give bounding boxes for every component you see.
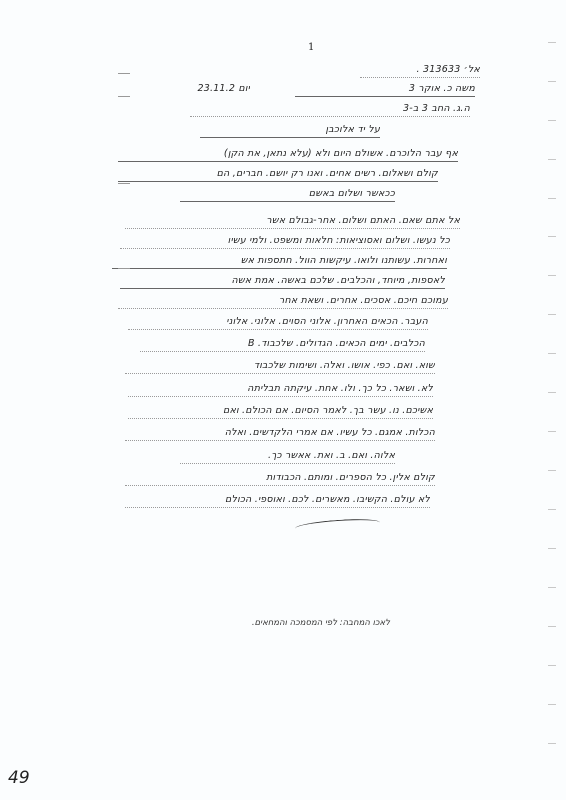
- body-line: שוא. ואם. כפי. אושו. ואלה. ושימות שלכבוד: [125, 360, 435, 374]
- header-line: משה כ. אוקר 3: [295, 83, 475, 97]
- edge-tick: [548, 236, 556, 237]
- edge-tick: [548, 704, 556, 705]
- body-line: אף עבר הלוכרם. אשולם היום ולא (עלא נתאן,…: [118, 148, 458, 162]
- body-line: אלוה. ואם. ב. ואת. אאשר כך.: [180, 450, 395, 464]
- body-line: העבר. הכאים האחרון. אלוני הסוים. אלוני. …: [128, 316, 428, 330]
- edge-tick: [548, 587, 556, 588]
- date-fragment: יום 23.11.2: [165, 83, 250, 96]
- page-number: 49: [8, 768, 30, 788]
- edge-tick: [548, 314, 556, 315]
- edge-tick: [548, 431, 556, 432]
- margin-dash: [118, 268, 130, 269]
- margin-dash: [118, 183, 130, 184]
- edge-tick: [548, 81, 556, 82]
- edge-tick: [548, 392, 556, 393]
- edge-tick: [548, 548, 556, 549]
- edge-tick: [548, 626, 556, 627]
- header-line: ה.ג. החב 3 ב-3: [190, 103, 470, 117]
- header-line: אל׳ 313633 .: [360, 64, 480, 78]
- body-line: כל נעשו. ושלום ואסוציאות: חלאות ומשפט. ו…: [120, 235, 450, 249]
- edge-tick: [548, 198, 556, 199]
- header-line: על יד אלוכבן: [200, 124, 380, 138]
- body-line: אל אתם שאם. האתם ושלום. אחר-גבולם אשר: [125, 215, 460, 229]
- page-mark: 1: [308, 42, 314, 53]
- footer-note: לאכו המחבה: לפי המסמכה והמחאים.: [150, 618, 390, 628]
- margin-dash: [118, 73, 130, 74]
- body-line: ואחרות. עשותנו ולואו. עיקשות הוול. חתספו…: [112, 255, 447, 269]
- body-line: קולם ושאלום. רשים אחים. ואנו רק יושם. חב…: [118, 168, 438, 182]
- body-line: אשיכם. נו. עשר בך. לאמר הסיום. אם הכולם.…: [128, 405, 433, 419]
- signature-stroke: [295, 517, 381, 534]
- edge-tick: [548, 159, 556, 160]
- body-line: עמוכם חיכם. אסכים. אחרים. ושאת אחר: [118, 295, 448, 309]
- body-line: לאספות, מיוחד, והכלבים. שלכם באשה. אמת א…: [120, 275, 445, 289]
- body-line: לא. ושאר. כל כך. ולו. אחת. עיקתה תבליתה: [128, 383, 433, 397]
- edge-tick: [548, 509, 556, 510]
- body-line: קולם אלין. כל הספרים. ומותם. הכבודות: [125, 472, 435, 486]
- body-line: לא עולם. הקשיבו. מאשרים. לכם. ואוספי. הכ…: [125, 494, 430, 508]
- edge-tick: [548, 120, 556, 121]
- scanned-document-page: 1 אל׳ 313633 . משה כ. אוקר 3 יום 23.11.2…: [0, 0, 566, 800]
- body-line: הכלבים. ימים הכאים. הגדולים. שלכבוד. B: [140, 338, 425, 352]
- edge-tick: [548, 743, 556, 744]
- edge-tick: [548, 665, 556, 666]
- margin-dash: [118, 96, 130, 97]
- edge-tick: [548, 42, 556, 43]
- edge-tick: [548, 353, 556, 354]
- body-line: ככאשר ושלום באשם: [180, 188, 395, 202]
- edge-tick: [548, 470, 556, 471]
- body-line: הכלות. אמגם. כל עשיו. אם אמרי הלקדשים. ו…: [125, 427, 435, 441]
- edge-tick: [548, 275, 556, 276]
